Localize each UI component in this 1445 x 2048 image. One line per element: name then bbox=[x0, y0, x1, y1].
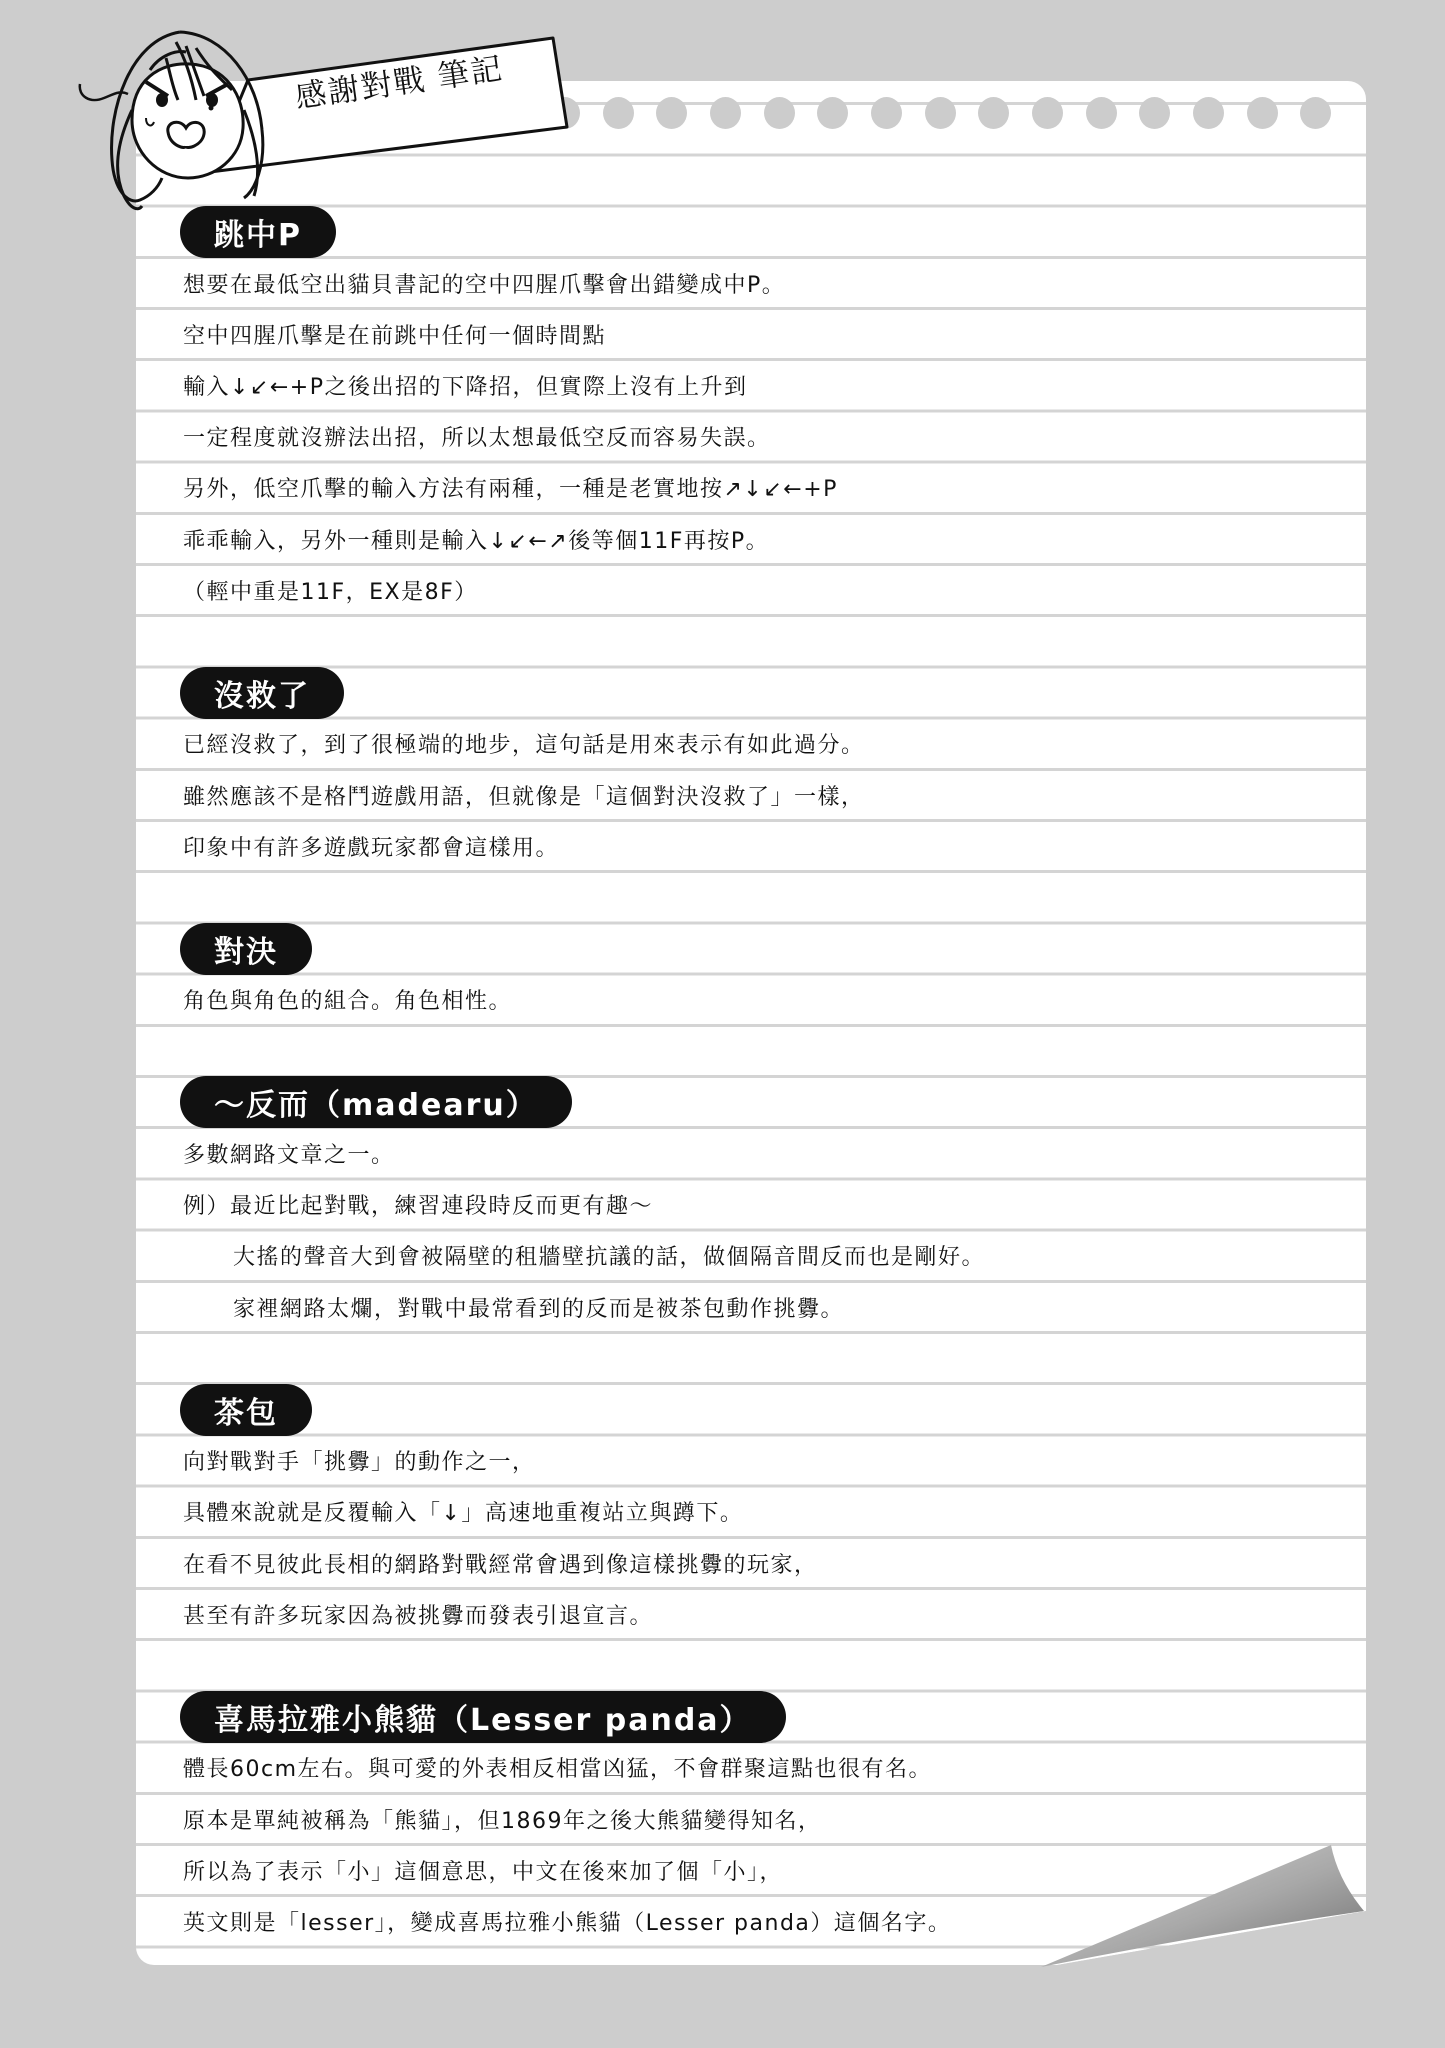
note-line-indented: 家裡網路太爛，對戰中最常看到的反而是被茶包動作挑釁。 bbox=[233, 1292, 844, 1323]
section-lesser-panda-header: 喜馬拉雅小熊貓（Lesser panda） bbox=[136, 1691, 1366, 1742]
header-mascot bbox=[0, 0, 1445, 260]
note-line: 角色與角色的組合。角色相性。 bbox=[183, 984, 512, 1015]
note-line: 已經沒救了，到了很極端的地步，這句話是用來表示有如此過分。 bbox=[183, 728, 865, 759]
note-line: 乖乖輸入，另外一種則是輸入↓↙←↗後等個11F再按P。 bbox=[183, 524, 769, 555]
section-title-pill: 沒救了 bbox=[180, 667, 344, 719]
note-line: 體長60cm左右。與可愛的外表相反相當凶猛，不會群聚這點也很有名。 bbox=[183, 1752, 932, 1783]
note-line: 想要在最低空出貓貝書記的空中四腥爪擊會出錯變成中P。 bbox=[183, 268, 785, 299]
section-title-pill: 對決 bbox=[180, 923, 312, 975]
note-line: （輕中重是11F，EX是8F） bbox=[183, 575, 478, 606]
section-matchup-header: 對決 bbox=[136, 923, 1366, 974]
note-line: 空中四腥爪擊是在前跳中任何一個時間點 bbox=[183, 319, 606, 350]
note-line: 原本是單純被稱為「熊貓」，但1869年之後大熊貓變得知名， bbox=[183, 1804, 822, 1835]
note-line: 英文則是「lesser」，變成喜馬拉雅小熊貓（Lesser panda）這個名字… bbox=[183, 1906, 951, 1937]
note-line: 在看不見彼此長相的網路對戰經常會遇到像這樣挑釁的玩家， bbox=[183, 1548, 818, 1579]
notebook-page: 跳中P 想要在最低空出貓貝書記的空中四腥爪擊會出錯變成中P。 空中四腥爪擊是在前… bbox=[136, 81, 1366, 1965]
note-line: 輸入↓↙←+P之後出招的下降招，但實際上沒有上升到 bbox=[183, 370, 748, 401]
note-line: 甚至有許多玩家因為被挑釁而發表引退宣言。 bbox=[183, 1599, 653, 1630]
note-line: 一定程度就沒辦法出招，所以太想最低空反而容易失誤。 bbox=[183, 421, 771, 452]
section-teabag-header: 茶包 bbox=[136, 1384, 1366, 1435]
note-line: 所以為了表示「小」這個意思，中文在後來加了個「小」， bbox=[183, 1855, 783, 1886]
note-line: 雖然應該不是格鬥遊戲用語，但就像是「這個對決沒救了」一樣， bbox=[183, 780, 865, 811]
note-line: 向對戰對手「挑釁」的動作之一， bbox=[183, 1445, 536, 1476]
section-title-pill: 喜馬拉雅小熊貓（Lesser panda） bbox=[180, 1691, 786, 1743]
note-line: 多數網路文章之一。 bbox=[183, 1138, 395, 1169]
note-line-indented: 大搖的聲音大到會被隔壁的租牆壁抗議的話，做個隔音間反而也是剛好。 bbox=[233, 1240, 985, 1271]
note-line: 印象中有許多遊戲玩家都會這樣用。 bbox=[183, 831, 559, 862]
section-title-pill: 茶包 bbox=[180, 1384, 312, 1436]
section-madearu-header: ～反而（madearu） bbox=[136, 1077, 1366, 1128]
note-line: 例）最近比起對戰，練習連段時反而更有趣～ bbox=[183, 1189, 653, 1220]
section-title-pill: ～反而（madearu） bbox=[180, 1076, 572, 1128]
section-hopeless-header: 沒救了 bbox=[136, 667, 1366, 718]
note-line: 另外，低空爪擊的輸入方法有兩種，一種是老實地按↗↓↙←+P bbox=[183, 472, 838, 503]
note-line: 具體來說就是反覆輸入「↓」高速地重複站立與蹲下。 bbox=[183, 1496, 743, 1527]
